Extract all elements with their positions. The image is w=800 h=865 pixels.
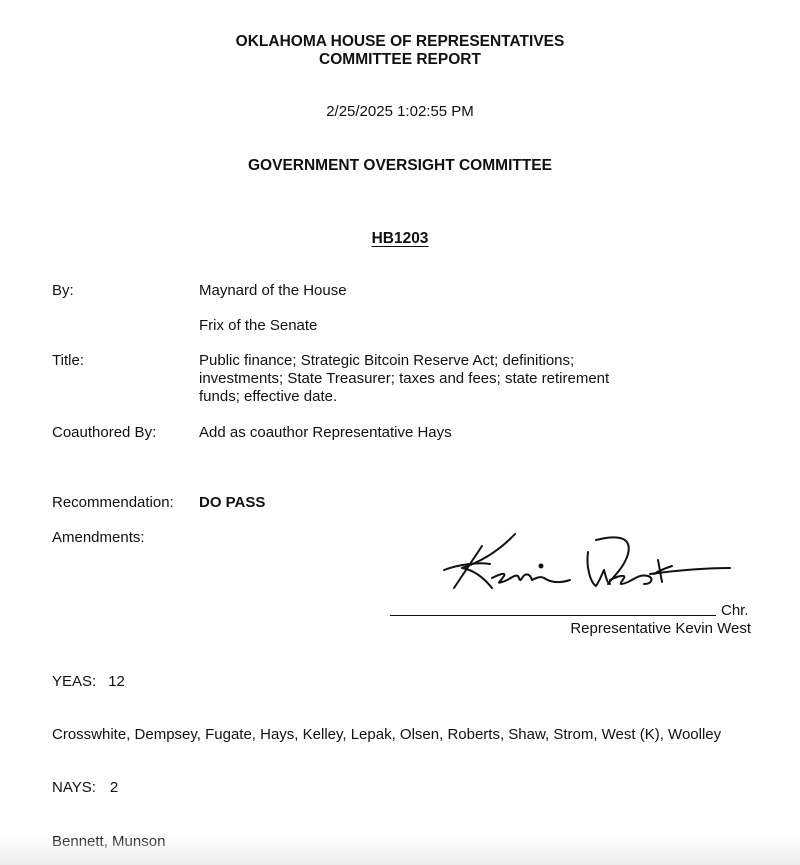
nays-row: NAYS:2 [52,779,118,797]
chair-suffix: Chr. [721,602,749,620]
bill-number: HB1203 [372,230,429,247]
committee-name: GOVERNMENT OVERSIGHT COMMITTEE [0,156,800,175]
nays-names: Bennett, Munson [52,833,165,851]
report-heading-line2: COMMITTEE REPORT [0,50,800,69]
report-timestamp: 2/25/2025 1:02:55 PM [0,103,800,121]
report-heading-line1: OKLAHOMA HOUSE OF REPRESENTATIVES [0,32,800,51]
chair-signature [440,530,740,600]
recommendation-value: DO PASS [199,494,265,512]
coauthored-value: Add as coauthor Representative Hays [199,424,452,442]
yeas-count: 12 [108,673,125,690]
house-author: Maynard of the House [199,282,347,300]
amendments-label: Amendments: [52,529,145,547]
bill-title: Public finance; Strategic Bitcoin Reserv… [199,352,639,406]
yeas-names: Crosswhite, Dempsey, Fugate, Hays, Kelle… [52,726,721,744]
by-label: By: [52,282,74,300]
signature-line [390,615,716,616]
nays-label: NAYS: [52,779,96,796]
nays-count: 2 [110,779,118,796]
title-label: Title: [52,352,84,370]
yeas-row: YEAS:12 [52,673,125,691]
senate-author: Frix of the Senate [199,317,317,335]
yeas-label: YEAS: [52,673,96,690]
recommendation-label: Recommendation: [52,494,174,512]
chair-printed-name: Representative Kevin West [570,620,751,638]
coauthored-label: Coauthored By: [52,424,156,442]
